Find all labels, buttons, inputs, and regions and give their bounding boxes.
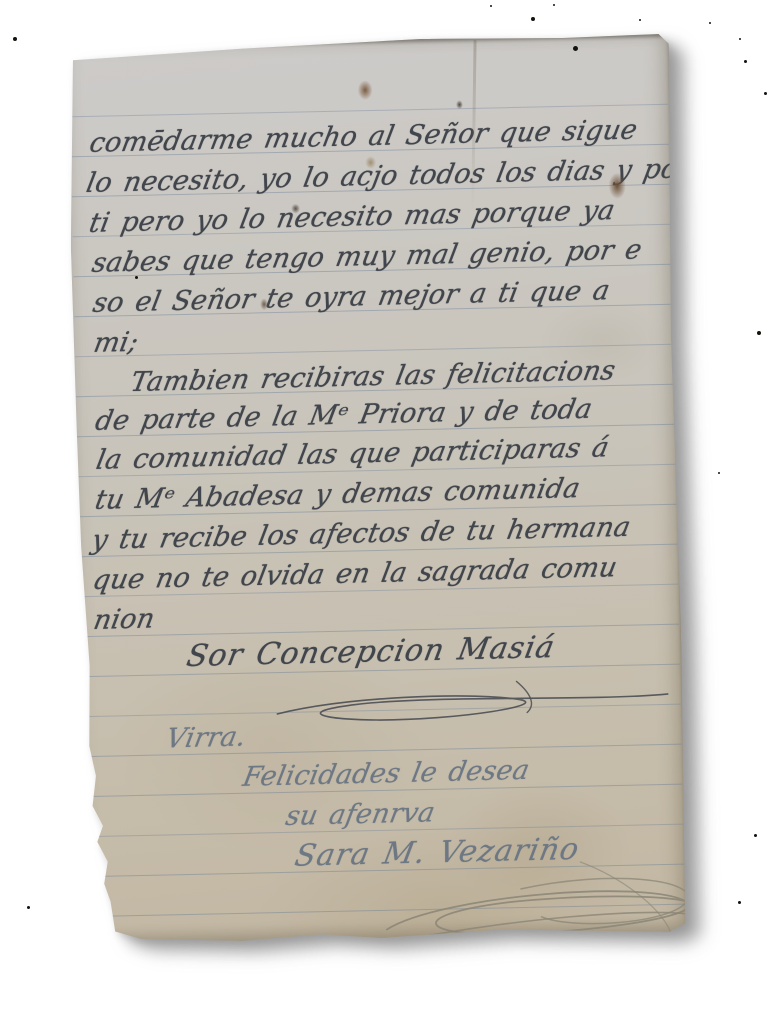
ink-flourish [206,676,687,736]
ink-handwriting-line: la comunidad las que participaras á [94,432,612,476]
ink-handwriting-line: Tambien recibiras las felicitacions [128,355,618,398]
dust-speck [553,4,555,6]
ink-handwriting-line: so el Señor te oyra mejor a ti que a [90,275,612,319]
dust-speck [27,906,30,909]
dust-speck [744,60,747,63]
ink-handwriting-line: tu Mᵉ Abadesa y demas comunida [93,473,583,516]
stain [357,80,372,100]
dust-speck [490,5,492,7]
stain [456,100,463,109]
ink-handwriting-line: ti pero yo lo necesito mas porque ya [87,195,618,239]
dust-speck [754,834,757,837]
ruled-lines [63,34,669,47]
dust-speck [13,37,17,41]
dust-speck [639,19,641,21]
stain [291,204,300,214]
ink-handwriting-line: nion [91,603,157,636]
dust-speck [718,472,720,474]
handwriting-layer: comēdarme mucho al Señor que siguelo nec… [63,34,669,47]
letter-photo: comēdarme mucho al Señor que siguelo nec… [0,0,768,1024]
pencil-scribble [370,855,712,952]
ink-handwriting-line: lo necesito, yo lo acjo todos los dias y… [84,153,694,199]
ink-handwriting-line: que no te olvida en la sagrada comu [90,552,620,596]
dust-speck [531,17,535,21]
page-background: { "document_kind": "scanned handwritten … [0,0,768,1024]
ink-handwriting-line: de parte de la Mᵉ Priora y de toda [93,394,595,437]
dust-speck [764,92,767,95]
letter-paper: comēdarme mucho al Señor que siguelo nec… [63,34,688,944]
dust-speck [738,901,741,904]
ink-handwriting-line: mi; [91,327,141,359]
stain [260,298,268,310]
ink-handwriting-line: comēdarme mucho al Señor que sigue [87,114,640,158]
ink-handwriting-line: sabes que tengo muy mal genio, por e [90,234,645,279]
stain [608,173,626,199]
dust-speck [739,38,741,40]
ink-handwriting-line: y tu recibe los afectos de tu hermana [89,512,633,556]
dust-speck [135,276,138,279]
pencil-handwriting-line: su afenrva [283,797,437,832]
dust-speck [757,331,761,335]
dust-speck [709,22,711,24]
dust-speck [573,46,578,51]
